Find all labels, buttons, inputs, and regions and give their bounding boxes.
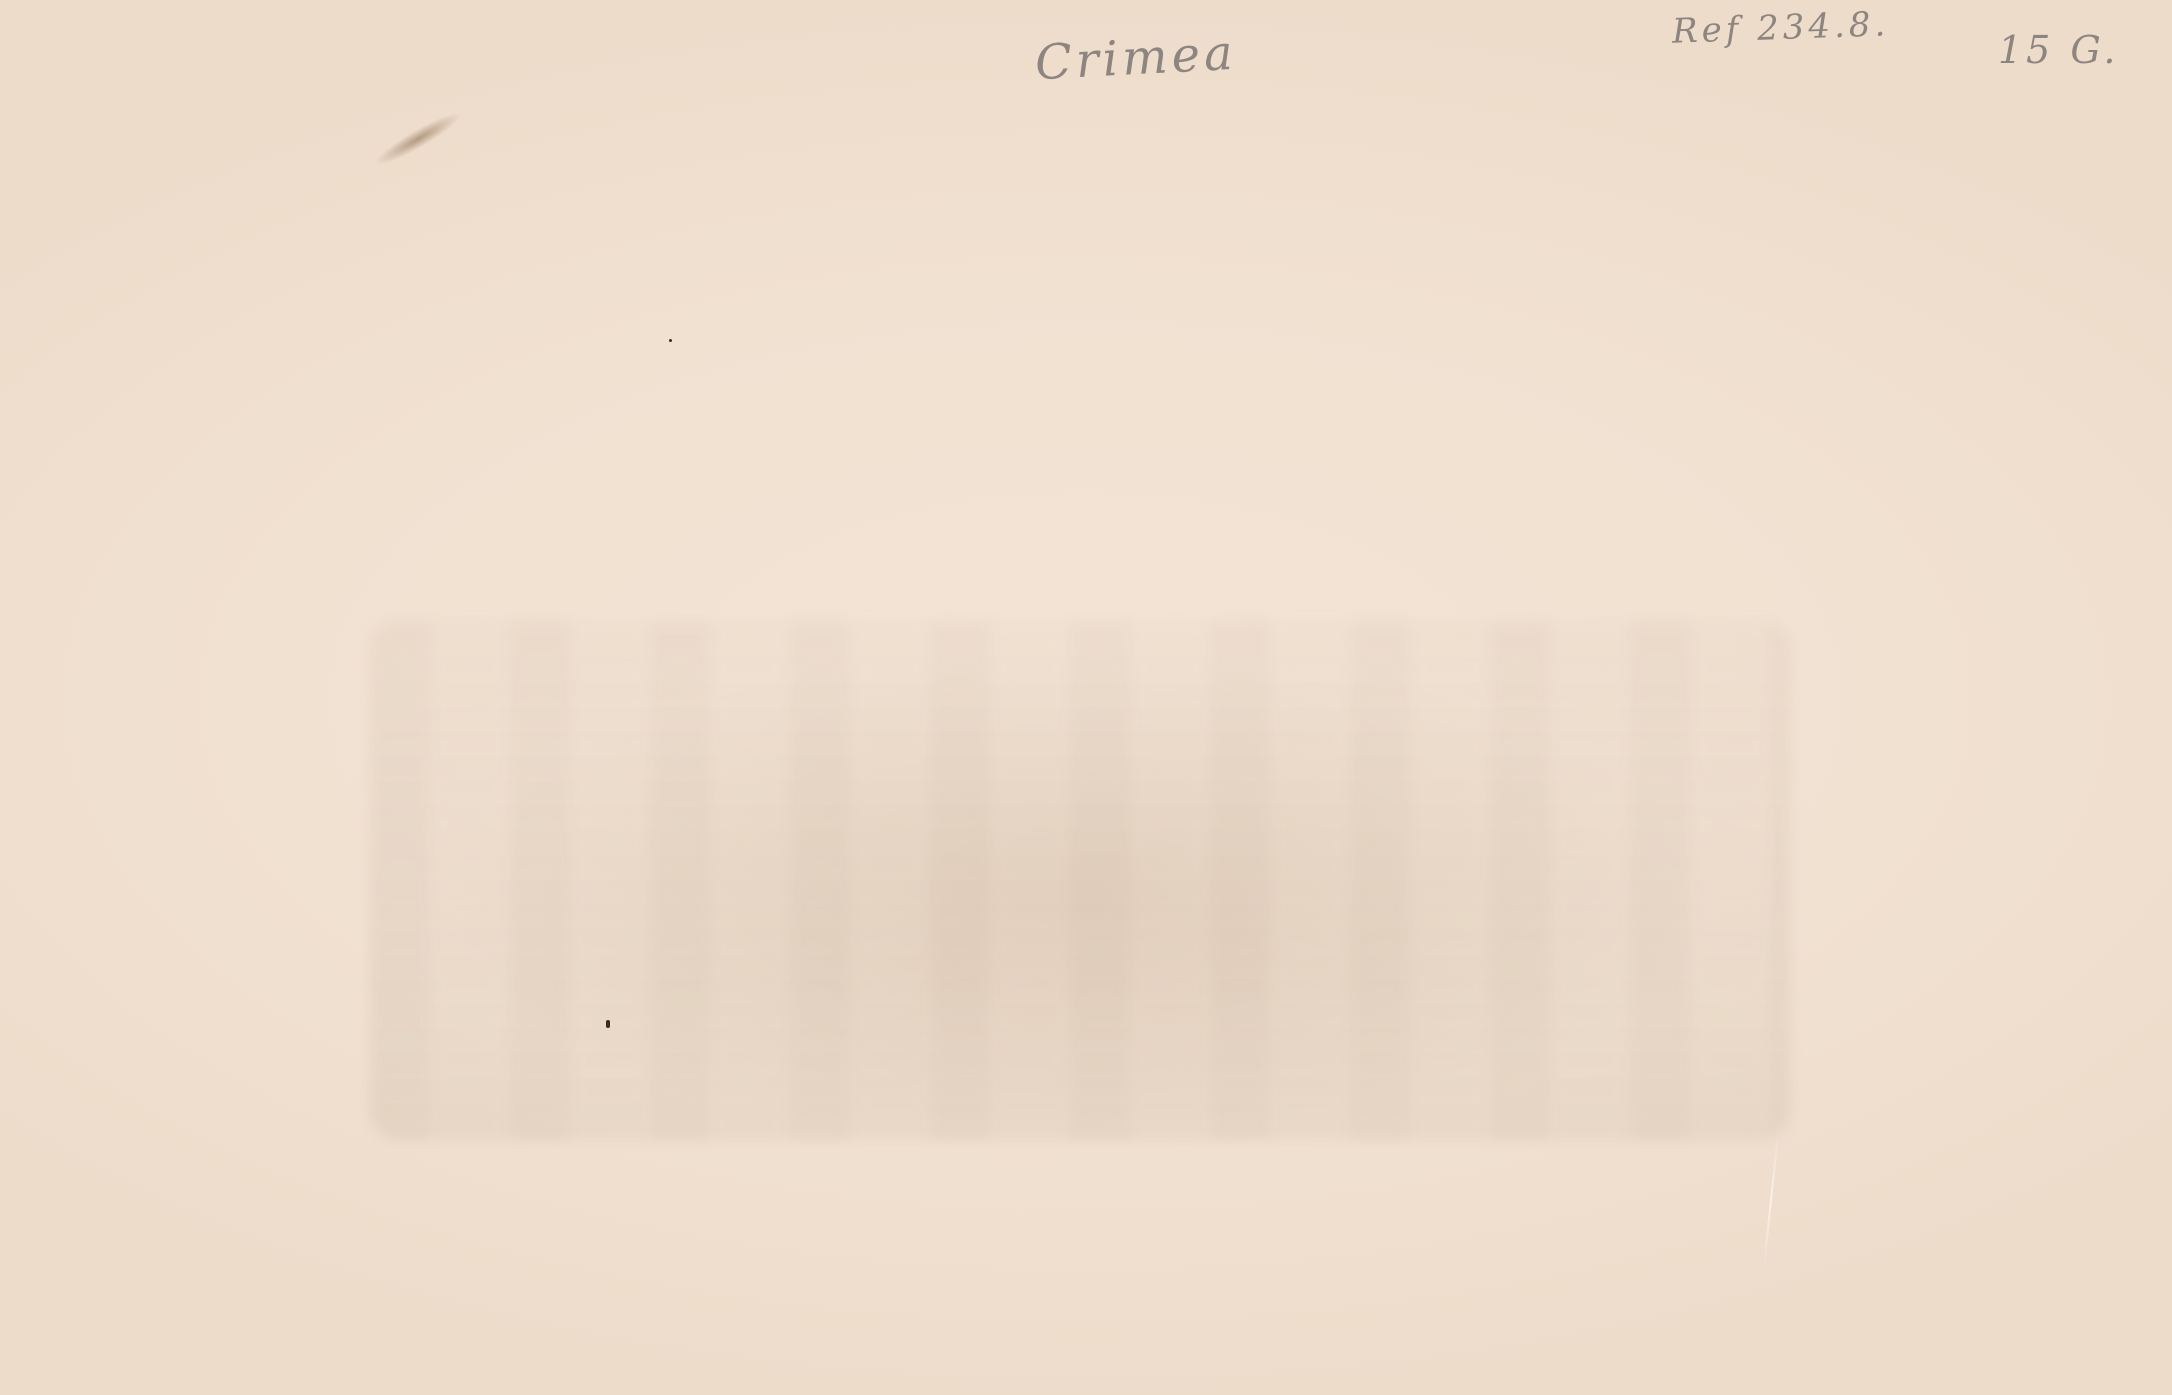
print-offset-ghost	[370, 620, 1790, 1140]
debris-speck	[606, 1020, 610, 1028]
stain-mark	[370, 106, 466, 172]
paper-crease	[1763, 1130, 1780, 1269]
debris-speck	[669, 339, 672, 342]
handwritten-reference: Ref 234.8.	[1671, 4, 1890, 52]
handwritten-code: 15 G.	[1998, 28, 2120, 72]
handwritten-place-name: Crimea	[1034, 25, 1238, 91]
card-reverse: Crimea Ref 234.8. 15 G.	[0, 0, 2172, 1395]
